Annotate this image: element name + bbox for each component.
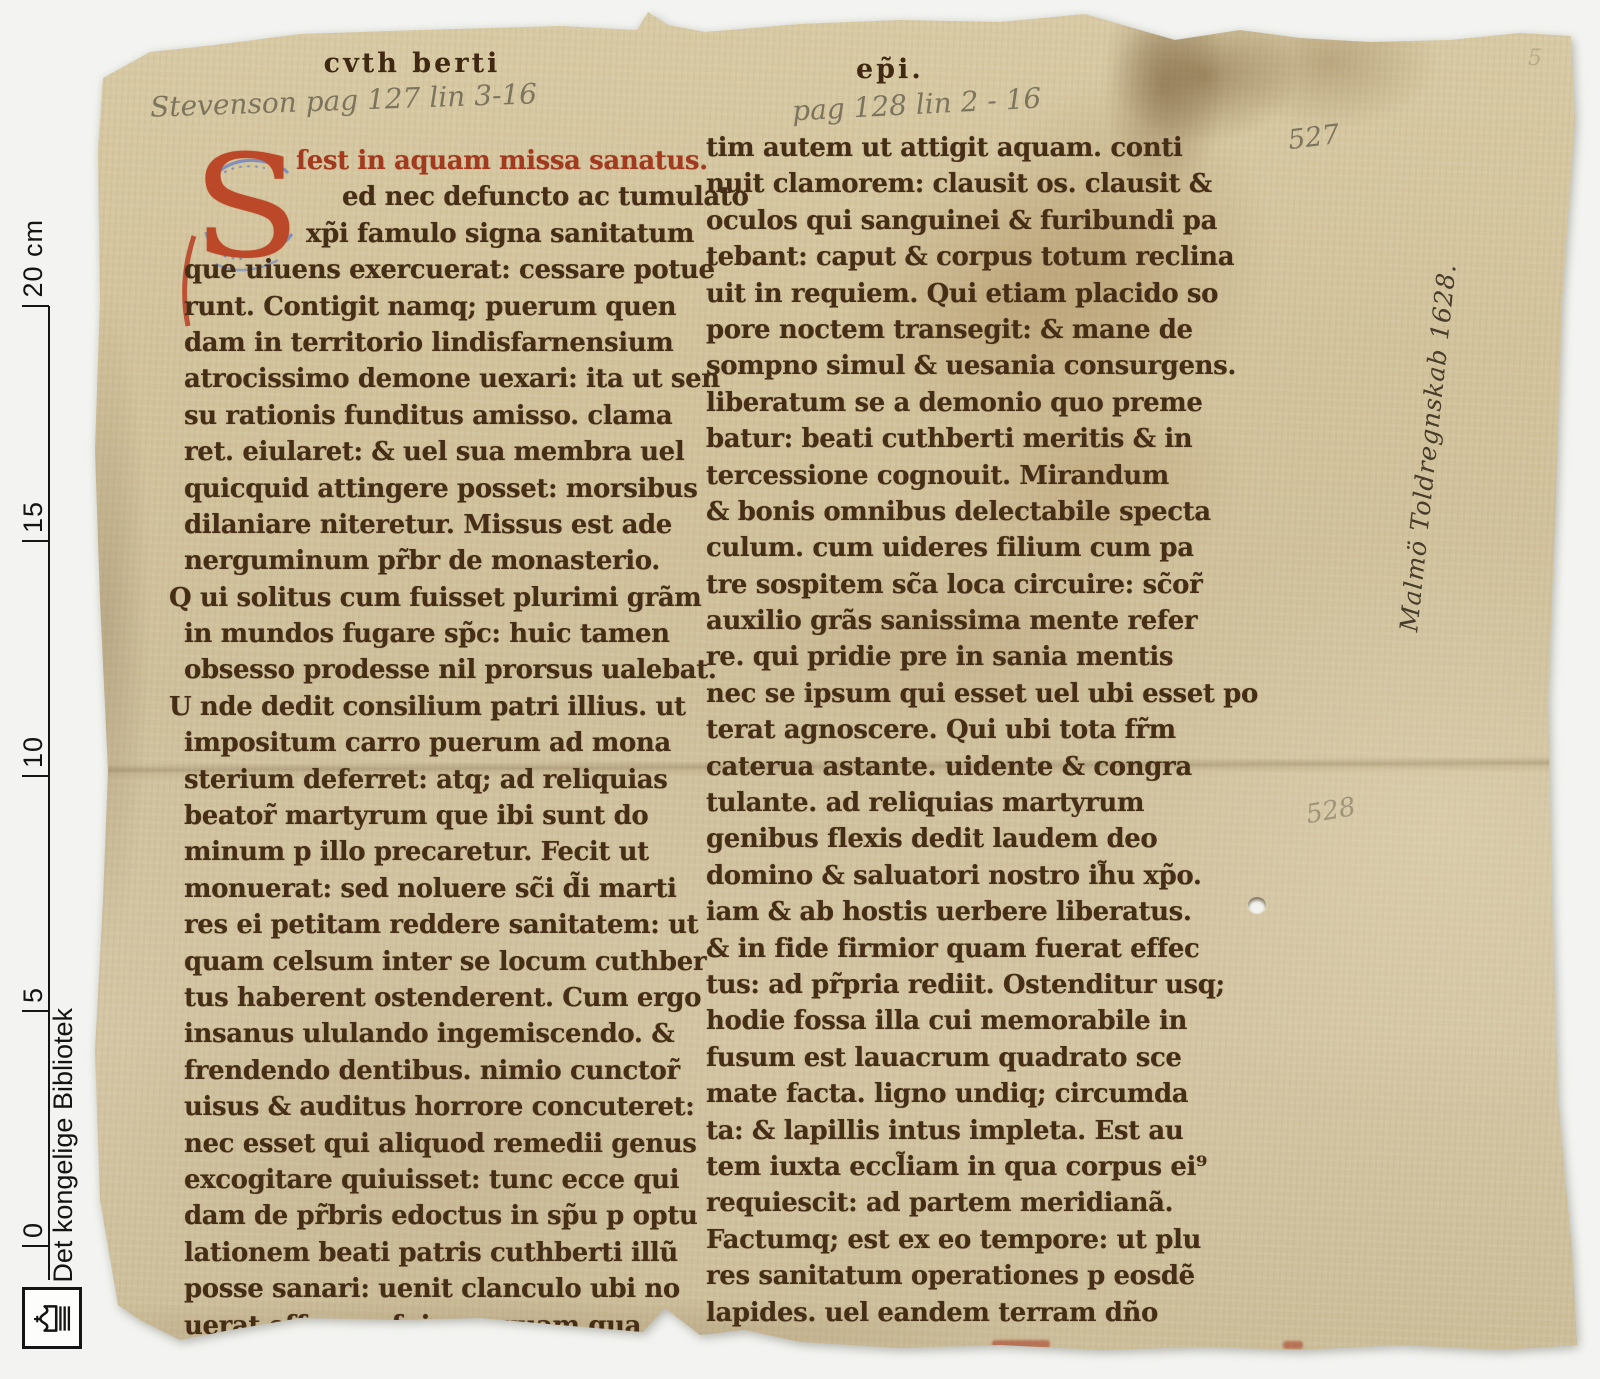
manuscript-line: lapides. uel eandem terram dño (706, 1295, 1191, 1331)
manuscript-line: posse sanari: uenit clanculo ubi no (184, 1271, 684, 1307)
manuscript-line: tus haberent ostenderent. Cum ergo (184, 980, 684, 1016)
running-title-left: cvth berti (302, 48, 522, 79)
manuscript-line: in mundos fugare sp̃c: huic tamen (184, 616, 684, 652)
manuscript-line: uisus & auditus horrore concuteret: (184, 1089, 684, 1125)
manuscript-line: U nde dedit consilium patri illius. ut (169, 689, 684, 725)
pencil-page-number-528: 528 (1304, 792, 1358, 830)
manuscript-line: frendendo dentibus. nimio cunctor̃ (184, 1053, 684, 1089)
manuscript-line: terat agnoscere. Qui ubi tota fr̃m (706, 712, 1191, 748)
manuscript-line: beator̃ martyrum que ibi sunt do (184, 798, 684, 834)
manuscript-line: xp̃i famulo signa sanitatum (184, 216, 684, 252)
manuscript-line: ret. eiularet: & uel sua membra uel (184, 434, 684, 470)
manuscript-line: obsesso prodesse nil prorsus ualebat. (184, 652, 684, 688)
manuscript-line: nec esset qui aliquod remedii genus (184, 1126, 684, 1162)
manuscript-line: lationem beati patris cuthberti illũ (184, 1235, 684, 1271)
pencil-annotation-right: pag 128 lin 2 - 16 (791, 81, 1042, 127)
manuscript-line: quam celsum inter se locum cuthber (184, 944, 684, 980)
manuscript-line: & in fide firmior quam fuerat effec (706, 931, 1191, 967)
manuscript-line: quicquid attingere posset: morsibus (184, 471, 684, 507)
manuscript-line: re. qui pridie pre in sania mentis (706, 639, 1191, 675)
manuscript-line: & bonis omnibus delectabile specta (706, 494, 1191, 530)
manuscript-line: que uiuens exercuerat: cessare potue (184, 252, 684, 288)
manuscript-line: tre sospitem sc̃a loca circuire: sc̃or̃ (706, 567, 1191, 603)
manuscript-line: res sanitatum operationes p eosdẽ (706, 1258, 1191, 1294)
manuscript-line: monuerat: sed noluere sc̃i d̃i marti (184, 871, 684, 907)
manuscript-line: tus: ad pr̃pria rediit. Ostenditur usq; (706, 967, 1191, 1003)
manuscript-line: tim autem ut attigit aquam. conti (706, 130, 1191, 166)
manuscript-line: iam & ab hostis uerbere liberatus. (706, 894, 1191, 930)
manuscript-line: res ei petitam reddere sanitatem: ut (184, 907, 684, 943)
manuscript-line: tem iuxta eccl̃iam in qua corpus ei⁹ (706, 1149, 1191, 1185)
manuscript-line: batur: beati cuthberti meritis & in (706, 421, 1191, 457)
cropped-rubric-trace (1283, 1341, 1303, 1349)
manuscript-line: uit in requiem. Qui etiam placido so (706, 276, 1191, 312)
archival-ink-inscription: Malmö Toldregnskab 1628. (1392, 237, 1465, 658)
manuscript-line: uerat effusam fuisse aquam qua (184, 1308, 684, 1344)
manuscript-line: tulante. ad reliquias martyrum (706, 785, 1191, 821)
manuscript-line: requiescit: ad partem meridianã. (706, 1185, 1191, 1221)
digitized-manuscript-scan: 20 cm151050 Det kongelige Bibliotek cvth… (0, 0, 1600, 1379)
text-column-right: tim autem ut attigit aquam. continuit cl… (706, 130, 1191, 1331)
pencil-corner-mark: 5 (1528, 46, 1542, 71)
manuscript-line: hodie fossa illa cui memorabile in (706, 1003, 1191, 1039)
manuscript-line: oculos qui sanguinei & furibundi pa (706, 203, 1191, 239)
text-column-left: ſest in aquam missa sanatus.ed nec defun… (184, 143, 684, 1344)
cropped-rubric-trace (992, 1340, 1050, 1348)
running-title-right: ep̃i. (856, 54, 924, 85)
manuscript-line: nerguminum pr̃br de monasterio. (184, 543, 684, 579)
parchment-wrapper: cvth berti ep̃i. Stevenson pag 127 lin 3… (0, 0, 1600, 1379)
manuscript-line: pore noctem transegit: & mane de (706, 312, 1191, 348)
manuscript-line: nec se ipsum qui esset uel ubi esset po (706, 676, 1191, 712)
pencil-page-number-527: 527 (1286, 119, 1341, 156)
manuscript-line: sompno simul & uesania consurgens. (706, 348, 1191, 384)
manuscript-line: dilaniare niteretur. Missus est ade (184, 507, 684, 543)
manuscript-line: dam de pr̃bris edoctus in sp̃u p optu (184, 1198, 684, 1234)
manuscript-line: domino & saluatori nostro ih̃u xp̃o. (706, 858, 1191, 894)
parchment-hole (1248, 897, 1266, 913)
manuscript-line: runt. Contigit namq; puerum quen (184, 289, 684, 325)
parchment-leaf: cvth berti ep̃i. Stevenson pag 127 lin 3… (0, 0, 1600, 1379)
manuscript-line: culum. cum uideres filium cum pa (706, 530, 1191, 566)
manuscript-line: ſest in aquam missa sanatus. (184, 143, 684, 179)
pencil-annotation-left: Stevenson pag 127 lin 3-16 (150, 77, 538, 123)
manuscript-line: genibus flexis dedit laudem deo (706, 821, 1191, 857)
manuscript-line: ed nec defuncto ac tumulato (184, 179, 684, 215)
manuscript-line: mate facta. ligno undiq; circumda (706, 1076, 1191, 1112)
manuscript-line: liberatum se a demonio quo preme (706, 385, 1191, 421)
manuscript-line: excogitare quiuisset: tunc ecce qui (184, 1162, 684, 1198)
manuscript-line: caterua astante. uidente & congra (706, 749, 1191, 785)
manuscript-line: nuit clamorem: clausit os. clausit & (706, 166, 1191, 202)
manuscript-line: tercessione cognouit. Mirandum (706, 458, 1191, 494)
manuscript-line: atrocissimo demone uexari: ita ut sen (184, 361, 684, 397)
manuscript-line: su rationis funditus amisso. clama (184, 398, 684, 434)
manuscript-line: insanus ululando ingemiscendo. & (184, 1016, 684, 1052)
manuscript-line: minum p illo precaretur. Fecit ut (184, 834, 684, 870)
manuscript-line: impositum carro puerum ad mona (184, 725, 684, 761)
manuscript-line: ta: & lapillis intus impleta. Est au (706, 1113, 1191, 1149)
manuscript-line: Factumq; est ex eo tempore: ut plu (706, 1222, 1191, 1258)
manuscript-line: fusum est lauacrum quadrato sce (706, 1040, 1191, 1076)
manuscript-line: dam in territorio lindisfarnensium (184, 325, 684, 361)
manuscript-line: tebant: caput & corpus totum reclina (706, 239, 1191, 275)
manuscript-line: Q ui solitus cum fuisset plurimi grãm (169, 580, 684, 616)
manuscript-line: sterium deferret: atq; ad reliquias (184, 762, 684, 798)
manuscript-line: auxilio grãs sanissima mente refer (706, 603, 1191, 639)
